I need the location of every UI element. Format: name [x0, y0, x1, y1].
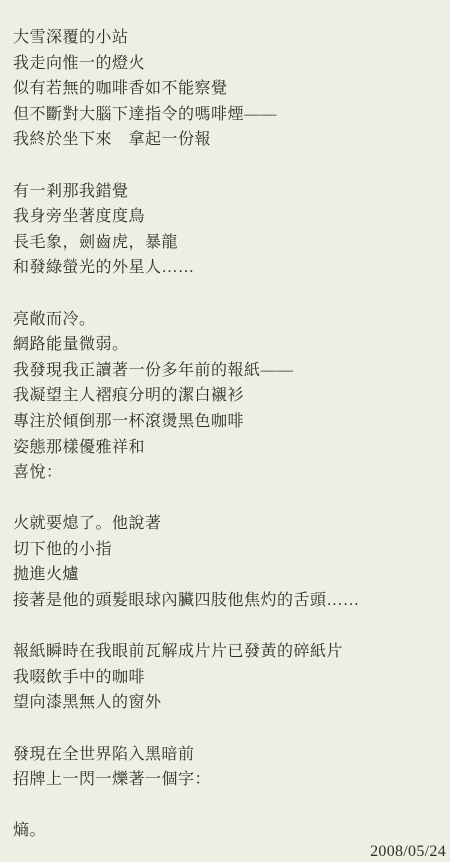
poem-line: 招牌上一閃一爍著一個字：	[13, 767, 444, 793]
poem-line: 和發綠螢光的外星人……	[13, 255, 444, 281]
poem-line: 長毛象，劍齒虎，暴龍	[13, 230, 444, 256]
poem-line: 我終於坐下來 拿起一份報	[13, 127, 444, 153]
poem-line: 我走向惟一的燈火	[13, 51, 444, 77]
poem-line: 我發現我正讀著一份多年前的報紙——	[13, 358, 444, 384]
poem-line: 我啜飲手中的咖啡	[13, 665, 444, 691]
poem-line: 接著是他的頭髮眼球內臟四肢他焦灼的舌頭……	[13, 588, 444, 614]
poem-line: 切下他的小指	[13, 537, 444, 563]
poem-line: 大雪深覆的小站	[13, 25, 444, 51]
poem-line: 報紙瞬時在我眼前瓦解成片片已發黃的碎紙片	[13, 639, 444, 665]
poem-line: 火就要熄了。他說著	[13, 511, 444, 537]
poem-line: 似有若無的咖啡香如不能察覺	[13, 76, 444, 102]
poem-stanza: 亮敞而冷。網路能量微弱。我發現我正讀著一份多年前的報紙——我凝望主人褶痕分明的潔…	[13, 307, 444, 486]
poem-line: 喜悅：	[13, 460, 444, 486]
poem-line: 熵。	[13, 818, 444, 844]
poem-page: 大雪深覆的小站我走向惟一的燈火似有若無的咖啡香如不能察覺但不斷對大腦下達指令的嗎…	[0, 0, 450, 862]
poem-stanza: 發現在全世界陷入黑暗前招牌上一閃一爍著一個字：	[13, 742, 444, 793]
poem-line: 望向漆黑無人的窗外	[13, 690, 444, 716]
poem-body: 大雪深覆的小站我走向惟一的燈火似有若無的咖啡香如不能察覺但不斷對大腦下達指令的嗎…	[0, 0, 450, 844]
poem-line: 但不斷對大腦下達指令的嗎啡煙——	[13, 102, 444, 128]
poem-date: 2008/05/24	[370, 842, 446, 861]
poem-line: 亮敞而冷。	[13, 307, 444, 333]
poem-line: 我凝望主人褶痕分明的潔白襯衫	[13, 383, 444, 409]
poem-line: 姿態那樣優雅祥和	[13, 435, 444, 461]
poem-stanza: 熵。	[13, 818, 444, 844]
poem-line: 專注於傾倒那一杯滾燙黑色咖啡	[13, 409, 444, 435]
poem-stanza: 火就要熄了。他說著切下他的小指拋進火爐接著是他的頭髮眼球內臟四肢他焦灼的舌頭……	[13, 511, 444, 613]
poem-stanza: 大雪深覆的小站我走向惟一的燈火似有若無的咖啡香如不能察覺但不斷對大腦下達指令的嗎…	[13, 25, 444, 153]
poem-stanza: 有一剎那我錯覺我身旁坐著度度鳥長毛象，劍齒虎，暴龍和發綠螢光的外星人……	[13, 179, 444, 281]
poem-line: 我身旁坐著度度鳥	[13, 204, 444, 230]
poem-line: 有一剎那我錯覺	[13, 179, 444, 205]
poem-line: 拋進火爐	[13, 562, 444, 588]
poem-line: 網路能量微弱。	[13, 332, 444, 358]
poem-stanza: 報紙瞬時在我眼前瓦解成片片已發黃的碎紙片我啜飲手中的咖啡望向漆黑無人的窗外	[13, 639, 444, 716]
poem-line: 發現在全世界陷入黑暗前	[13, 742, 444, 768]
